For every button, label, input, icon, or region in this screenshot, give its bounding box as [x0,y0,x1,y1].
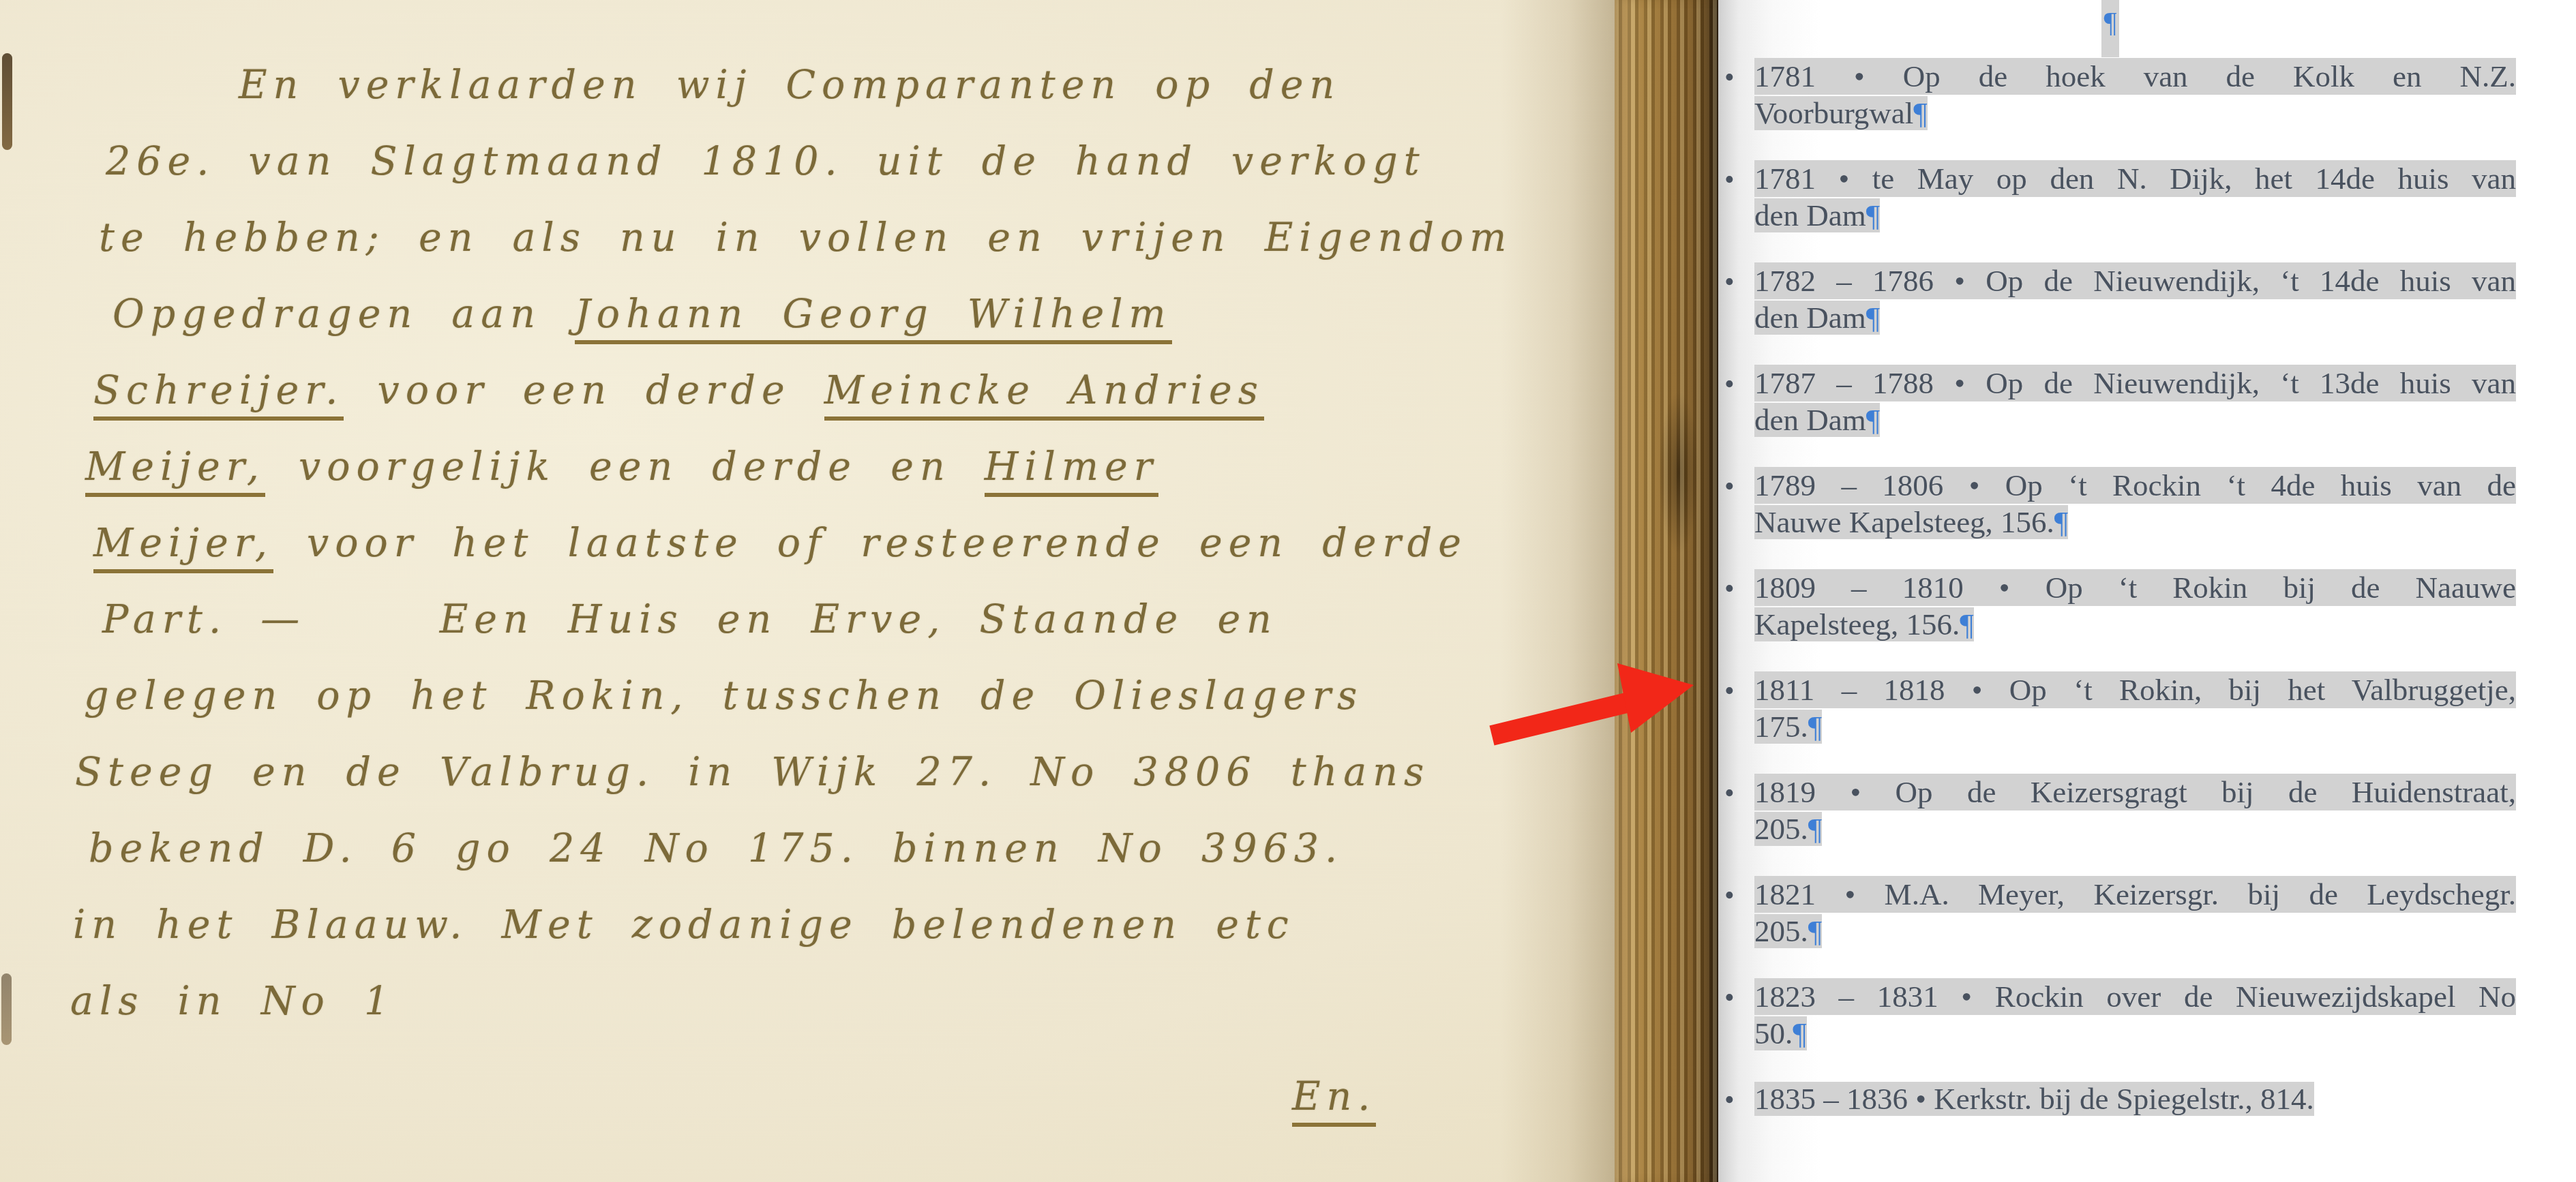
address-entry[interactable]: • 1781 • te May op den N. Dijk, het 14de… [1754,160,2516,234]
address-entry[interactable]: • 1787 – 1788 • Op de Nieuwendijk, ‘t 13… [1754,365,2516,438]
red-annotation-arrow [1466,637,1701,750]
entry-line1[interactable]: 1809 – 1810 • Op ‘t Rokin bij de Naauwe [1754,569,2516,606]
entry-line1[interactable]: 1835 – 1836 • Kerkstr. bij de Spiegelstr… [1754,1080,2516,1117]
address-entry[interactable]: • 1782 – 1786 • Op de Nieuwendijk, ‘t 14… [1754,262,2516,336]
entry-line2[interactable]: den Dam¶ [1754,197,2516,234]
manuscript-line: En verklaarden wij Comparanten op den [239,63,1619,139]
manuscript-line: bekend D. 6 go 24 No 175. binnen No 3963… [89,826,1619,903]
entry-line1[interactable]: 1781 • Op de hoek van de Kolk en N.Z. [1754,58,2516,95]
pilcrow-mark: ¶ [1866,198,1880,232]
list-bullet: • [1724,1082,1735,1119]
manuscript-line: als in No 1 [70,979,1619,1055]
address-entry[interactable]: • 1809 – 1810 • Op ‘t Rokin bij de Naauw… [1754,569,2516,643]
entry-line2[interactable]: den Dam¶ [1754,299,2516,336]
photo-edge-mark [1,973,12,1045]
list-bullet: • [1724,59,1735,96]
manuscript-line: En. [1292,1074,1619,1151]
entry-line2[interactable]: Voorburgwal¶ [1754,95,2516,132]
manuscript-line: gelegen op het Rokin, tusschen de Oliesl… [84,673,1619,750]
address-list: • 1781 • Op de hoek van de Kolk en N.Z. … [1754,58,2516,1146]
entry-line2[interactable]: Kapelsteeg, 156.¶ [1754,606,2516,643]
address-entry[interactable]: • 1781 • Op de hoek van de Kolk en N.Z. … [1754,58,2516,132]
book-page-edge [1615,0,1718,1182]
entry-line2[interactable]: 205.¶ [1754,913,2516,950]
manuscript-line: 26e. van Slagtmaand 1810. uit de hand ve… [106,139,1619,215]
entry-line2[interactable]: 175.¶ [1754,708,2516,745]
list-bullet: • [1724,366,1735,403]
entry-line2[interactable]: den Dam¶ [1754,401,2516,438]
manuscript-line: Part. — Een Huis en Erve, Staande en [102,597,1619,673]
entry-line1[interactable]: 1787 – 1788 • Op de Nieuwendijk, ‘t 13de… [1754,365,2516,401]
entry-line1[interactable]: 1789 – 1806 • Op ‘t Rockin ‘t 4de huis v… [1754,467,2516,504]
list-bullet: • [1724,877,1735,914]
address-entry[interactable]: • 1819 • Op de Keizersgragt bij de Huide… [1754,774,2516,847]
entry-line2[interactable]: 205.¶ [1754,810,2516,847]
pilcrow-mark: ¶ [1808,710,1822,744]
entry-line1[interactable]: 1823 – 1831 • Rockin over de Nieuwezijds… [1754,978,2516,1015]
manuscript-line: te hebben; en als nu in vollen en vrijen… [99,215,1619,292]
manuscript-line: Opgedragen aan Johann Georg Wilhelm [113,292,1619,368]
pilcrow-mark: ¶ [1866,301,1880,335]
split-view: En verklaarden wij Comparanten op den26e… [0,0,2576,1182]
entry-line2[interactable]: Nauwe Kapelsteeg, 156.¶ [1754,504,2516,541]
list-bullet: • [1724,571,1735,607]
list-bullet: • [1724,980,1735,1016]
pilcrow-mark: ¶ [2054,505,2068,539]
address-entry[interactable]: • 1811 – 1818 • Op ‘t Rokin, bij het Val… [1754,671,2516,745]
entry-line1[interactable]: 1811 – 1818 • Op ‘t Rokin, bij het Valbr… [1754,671,2516,708]
pilcrow-mark: ¶ [2101,0,2119,57]
manuscript-line: Steeg en de Valbrug. in Wijk 27. No 3806… [75,750,1619,826]
address-entry[interactable]: • 1821 • M.A. Meyer, Keizersgr. bij de L… [1754,876,2516,950]
address-entry[interactable]: • 1823 – 1831 • Rockin over de Nieuwezij… [1754,978,2516,1052]
manuscript-line: Meijer, voor het laatste of resteerende … [93,521,1619,597]
list-bullet: • [1724,775,1735,812]
entry-line1[interactable]: 1821 • M.A. Meyer, Keizersgr. bij de Ley… [1754,876,2516,913]
address-entry[interactable]: • 1835 – 1836 • Kerkstr. bij de Spiegels… [1754,1080,2516,1117]
text-panel: ¶ • 1781 • Op de hoek van de Kolk en N.Z… [1718,0,2576,1182]
entry-line1[interactable]: 1781 • te May op den N. Dijk, het 14de h… [1754,160,2516,197]
list-bullet: • [1724,162,1735,198]
entry-line1[interactable]: 1819 • Op de Keizersgragt bij de Huidens… [1754,774,2516,810]
entry-line1[interactable]: 1782 – 1786 • Op de Nieuwendijk, ‘t 14de… [1754,262,2516,299]
pilcrow-mark: ¶ [1913,96,1927,130]
manuscript-line: Schreijer. voor een derde Meincke Andrie… [93,368,1619,444]
pilcrow-mark: ¶ [1866,403,1880,437]
manuscript-scan: En verklaarden wij Comparanten op den26e… [0,0,1718,1182]
pilcrow-mark: ¶ [1808,812,1822,846]
manuscript-line: Meijer, voorgelijk een derde en Hilmer [85,444,1619,521]
pilcrow-mark: ¶ [1808,914,1822,948]
entry-line2[interactable]: 50.¶ [1754,1015,2516,1052]
address-entry[interactable]: • 1789 – 1806 • Op ‘t Rockin ‘t 4de huis… [1754,467,2516,541]
pilcrow-mark: ¶ [1793,1016,1806,1050]
manuscript-line: in het Blaauw. Met zodanige belendenen e… [73,903,1619,979]
photo-edge-mark [2,53,12,150]
pilcrow-mark: ¶ [1960,607,1973,641]
list-bullet: • [1724,468,1735,505]
manuscript-text: En verklaarden wij Comparanten op den26e… [65,63,1619,1182]
list-bullet: • [1724,264,1735,301]
list-bullet: • [1724,673,1735,710]
pilcrow-icon: ¶ [2103,7,2116,39]
